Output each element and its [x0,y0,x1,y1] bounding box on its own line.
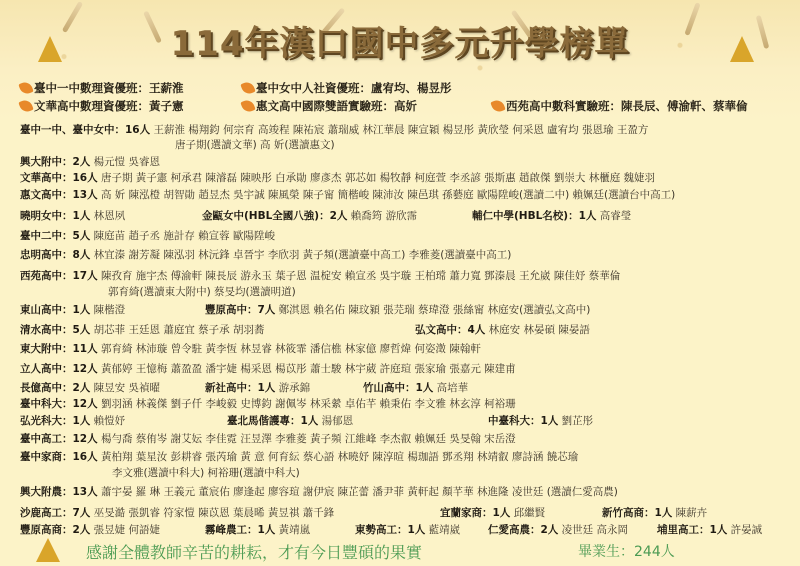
school-row: 臺中高工：12人 楊勻喬 蔡侑岑 謝艾妘 李佳霓 汪昱澤 李雅菱 黃子頻 江維峰… [20,431,516,446]
school-row-continued: 唐子期(選讀文華) 高 妡(選讀惠文) [175,137,335,152]
school-row: 東大附中：11人 郭育綺 林沛璇 曾令駐 黃李恆 林昱睿 林筱霏 潘信樵 林家億… [20,341,481,356]
school-row: 弘文高中：4人 林庭安 林晏碩 陳晏語 [415,322,590,337]
maple-leaf-icon [240,80,255,95]
honor-item: 文華高中數理資優班：黃子憲 [20,98,184,114]
school-row: 臺中一中、臺中女中：16人 王薪淮 楊翔鈞 何宗育 高竣程 陳祐宸 蕭瑞威 林江… [20,122,648,137]
school-row: 豐原高商：2人 張昱婕 何語婕 [20,522,160,537]
school-row: 清水高中：5人 胡芯菲 王廷恩 蕭庭宜 蔡子承 胡羽蕎 [20,322,265,337]
school-row: 金甌女中(HBL全國八強)：2人 賴喬筠 游欣霈 [202,208,417,223]
school-row: 沙鹿高工：7人 巫旻澔 張凱睿 符家愷 陳苡恩 葉晨晞 黃昱祺 蕭千鋒 [20,505,334,520]
school-row: 臺中二中：5人 陳庭苗 趙子丞 施計存 賴宣蓉 歐陽陞峻 [20,228,275,243]
school-row: 仁愛高農：2人 凌世廷 高永岡 [488,522,628,537]
school-row: 埔里高工：1人 許晏誠 [657,522,762,537]
school-row: 臺中科大：12人 劉羽涵 林義傑 劉子仟 李峻毅 史博鈞 謝佩岑 林采縈 卓佑芊… [20,396,516,411]
school-row: 興大附中：2人 楊元愷 吳睿恩 [20,154,160,169]
school-row: 臺北馬偕護專：1人 湯郁恩 [227,413,353,428]
school-row: 臺中家商：16人 黃柏翔 葉星汝 彭耕睿 張芮瑜 黃 意 何育紜 蔡心語 林曉妤… [20,449,578,464]
school-row: 立人高中：12人 黃郁婷 王憶梅 蕭盈盈 潘宇婕 楊采恩 楊苡彤 蕭士駿 林宇葳… [20,361,516,376]
thanks-message: 感謝全體教師辛苦的耕耘，才有今日豐碩的果實 [86,540,422,563]
school-row: 新竹高商：1人 陳薪卉 [602,505,707,520]
school-row: 文華高中：16人 唐子期 黃子憲 柯承君 陳濬磊 陳映彤 白承勛 廖彥杰 郭芯如… [20,170,655,185]
maple-leaf-icon [18,98,33,113]
honor-item: 惠文高中國際雙語實驗班：高妡 [242,98,417,114]
school-row: 忠明高中：8人 林宜溱 謝芳凝 陳泓羽 林沅鋒 卓晉宇 李欣羽 黃子頻(選讀臺中… [20,247,511,262]
maple-leaf-icon [490,98,505,113]
graduate-count: 畢業生：244人 [578,541,675,561]
school-row: 輔仁中學(HBL名校)：1人 高睿瑩 [472,208,631,223]
school-row: 新社高中：1人 游承錦 [205,380,310,395]
page-title: 114年漢口國中多元升學榜單 [0,16,800,65]
footer: 感謝全體教師辛苦的耕耘，才有今日豐碩的果實 畢業生：244人 [0,538,800,566]
honor-item: 臺中一中數理資優班：王薪淮 [20,80,184,96]
school-row: 中臺科大：1人 劉芷彤 [488,413,593,428]
school-row-continued: 郭育綺(選讀東大附中) 蔡旻均(選讀明道) [108,284,296,299]
school-row: 東勢高工：1人 藍靖崴 [355,522,460,537]
header-banner: 114年漢口國中多元升學榜單 [0,0,800,72]
school-row: 東山高中：1人 陳楷澄 [20,302,125,317]
party-hat-icon [36,538,60,562]
school-row: 宜蘭家商：1人 邱繼賢 [440,505,545,520]
honor-item: 臺中女中人社資優班：盧宥均、楊昱彤 [242,80,452,96]
school-row: 曉明女中：1人 林恩夙 [20,208,125,223]
school-row: 弘光科大：1人 賴愷妤 [20,413,125,428]
school-row: 竹山高中：1人 高培華 [363,380,468,395]
school-row: 惠文高中：13人 高 妡 陳泓橙 胡智勛 趙昱杰 吳宇誠 陳風榮 陳子甯 簡楷峻… [20,187,675,202]
honor-item: 西苑高中數科實驗班：陳長辰、傅渝軒、蔡華倫 [492,98,748,114]
school-row: 豐原高中：7人 鄭淇恩 賴名佑 陳玟潁 張芫瑞 蔡瑋澄 張絲甯 林庭安(選讀弘文… [205,302,590,317]
maple-leaf-icon [240,98,255,113]
school-row: 霧峰農工：1人 黃靖嵐 [205,522,310,537]
school-row: 長億高中：2人 陳昱安 吳禎曜 [20,380,160,395]
school-row-continued: 李文雅(選讀中科大) 柯裕珊(選讀中科大) [112,465,300,480]
school-row: 西苑高中：17人 陳孜育 施宇杰 傅渝軒 陳長辰 游永玉 葉子恩 温椗安 賴宣丞… [20,268,620,283]
school-row: 興大附農：13人 蕭宇晏 羅 琳 王義元 董宸佑 廖逢起 廖容瑄 謝伊宸 陳芷蕾… [20,484,618,499]
maple-leaf-icon [18,80,33,95]
